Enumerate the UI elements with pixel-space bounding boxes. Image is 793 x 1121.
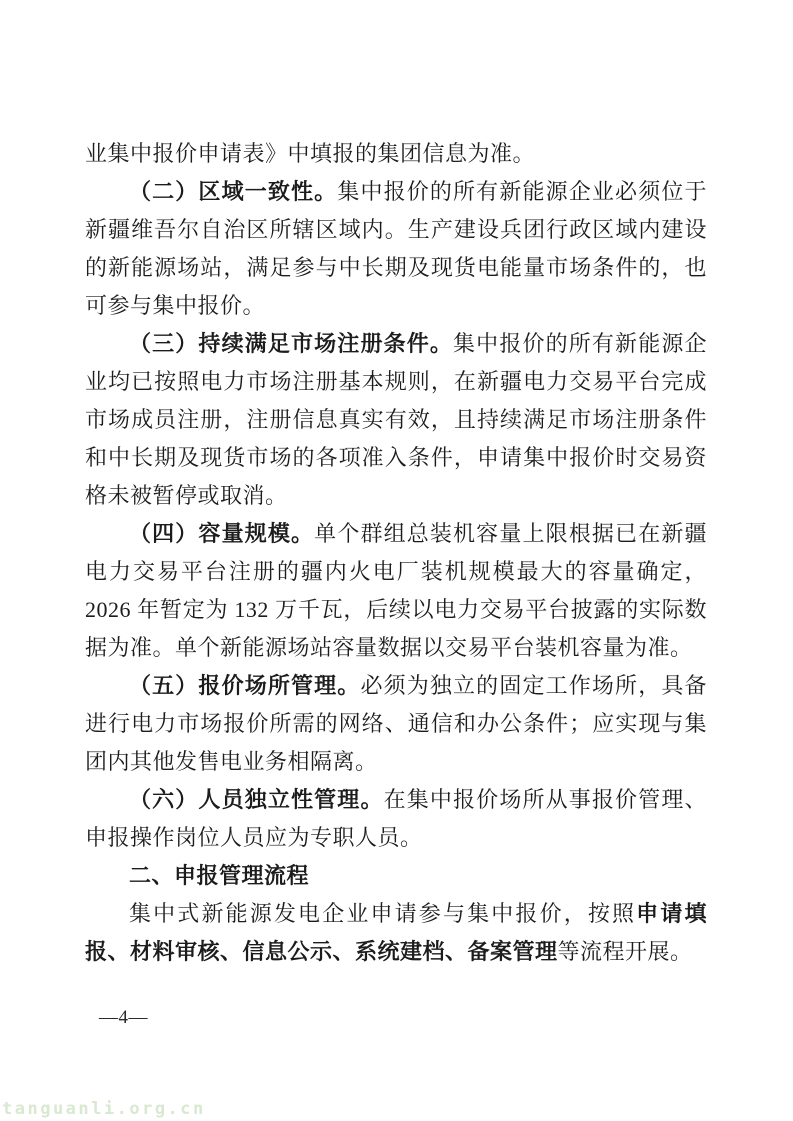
paragraph-continuation: 业集中报价申请表》中填报的集团信息为准。 (85, 135, 707, 173)
paragraph-item-6: （六）人员独立性管理。在集中报价场所从事报价管理、申报操作岗位人员应为专职人员。 (85, 781, 707, 857)
closing-lead: 集中式新能源发电企业申请参与集中报价，按照 (129, 901, 636, 926)
item-label: （五）报价场所管理。 (129, 673, 360, 698)
paragraph-item-2: （二）区域一致性。集中报价的所有新能源企业必须位于新疆维吾尔自治区所辖区域内。生… (85, 173, 707, 325)
item-label: （四）容量规模。 (129, 521, 314, 546)
closing-tail: 等流程开展。 (558, 939, 693, 964)
item-label: （二）区域一致性。 (129, 179, 337, 204)
scanned-document-page: 业集中报价申请表》中填报的集团信息为准。 （二）区域一致性。集中报价的所有新能源… (0, 0, 793, 1121)
paragraph-closing: 集中式新能源发电企业申请参与集中报价，按照申请填报、材料审核、信息公示、系统建档… (85, 895, 707, 971)
item-body: 集中报价的所有新能源企业均已按照电力市场注册基本规则，在新疆电力交易平台完成市场… (85, 331, 707, 508)
section-heading: 二、申报管理流程 (85, 857, 707, 895)
paragraph-text: 业集中报价申请表》中填报的集团信息为准。 (85, 141, 535, 166)
page-number: —4— (99, 1006, 148, 1030)
paragraph-item-5: （五）报价场所管理。必须为独立的固定工作场所，具备进行电力市场报价所需的网络、通… (85, 667, 707, 781)
item-label: （三）持续满足市场注册条件。 (129, 331, 453, 356)
watermark-text: tanguanli.org.cn (2, 1098, 206, 1120)
item-label: （六）人员独立性管理。 (129, 787, 384, 812)
paragraph-item-3: （三）持续满足市场注册条件。集中报价的所有新能源企业均已按照电力市场注册基本规则… (85, 325, 707, 515)
section-heading-text: 二、申报管理流程 (129, 863, 309, 888)
document-text-block: 业集中报价申请表》中填报的集团信息为准。 （二）区域一致性。集中报价的所有新能源… (85, 135, 707, 971)
paragraph-item-4: （四）容量规模。单个群组总装机容量上限根据已在新疆电力交易平台注册的疆内火电厂装… (85, 515, 707, 667)
